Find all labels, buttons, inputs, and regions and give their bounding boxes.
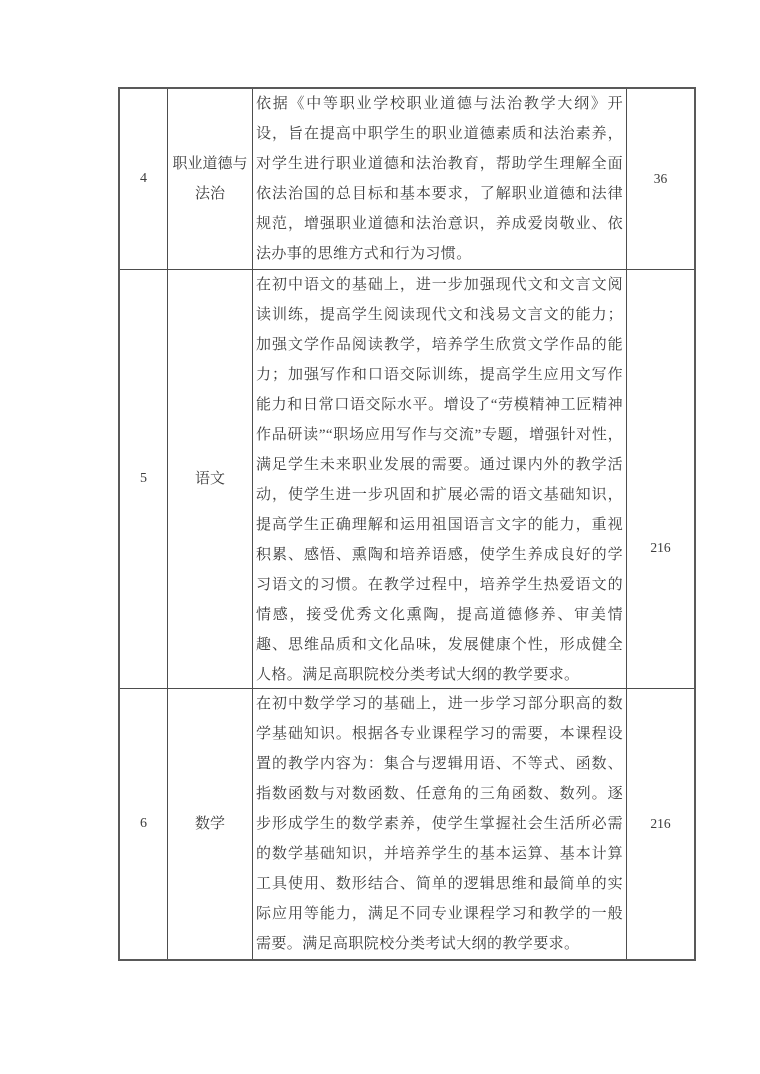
row-number: 4	[140, 171, 147, 186]
course-name: 数学	[195, 816, 225, 832]
row-number-cell: 4	[119, 88, 168, 270]
course-name-cell: 语文	[168, 270, 253, 689]
course-name-cell: 数学	[168, 689, 253, 961]
course-description: 依据《中等职业学校职业道德与法治教学大纲》开设，旨在提高中职学生的职业道德素质和…	[253, 89, 626, 269]
row-number: 6	[140, 816, 147, 831]
row-number-cell: 5	[119, 270, 168, 689]
table-row: 4 职业道德与法治 依据《中等职业学校职业道德与法治教学大纲》开设，旨在提高中职…	[119, 88, 695, 270]
row-number: 5	[140, 471, 147, 486]
hours-cell: 36	[627, 88, 696, 270]
course-description: 在初中数学学习的基础上，进一步学习部分职高的数学基础知识。根据各专业课程学习的需…	[253, 689, 626, 959]
course-name: 语文	[195, 471, 225, 487]
course-description-cell: 在初中语文的基础上，进一步加强现代文和文言文阅读训练，提高学生阅读现代文和浅易文…	[253, 270, 627, 689]
hours-cell: 216	[627, 689, 696, 961]
course-name-cell: 职业道德与法治	[168, 88, 253, 270]
hours-value: 216	[650, 816, 670, 831]
hours-value: 36	[654, 171, 668, 186]
course-description-cell: 依据《中等职业学校职业道德与法治教学大纲》开设，旨在提高中职学生的职业道德素质和…	[253, 88, 627, 270]
table-row: 6 数学 在初中数学学习的基础上，进一步学习部分职高的数学基础知识。根据各专业课…	[119, 689, 695, 961]
course-name: 职业道德与法治	[172, 156, 247, 202]
row-number-cell: 6	[119, 689, 168, 961]
curriculum-table: 4 职业道德与法治 依据《中等职业学校职业道德与法治教学大纲》开设，旨在提高中职…	[118, 87, 696, 961]
course-description: 在初中语文的基础上，进一步加强现代文和文言文阅读训练，提高学生阅读现代文和浅易文…	[253, 270, 626, 688]
table-row: 5 语文 在初中语文的基础上，进一步加强现代文和文言文阅读训练，提高学生阅读现代…	[119, 270, 695, 689]
course-description-cell: 在初中数学学习的基础上，进一步学习部分职高的数学基础知识。根据各专业课程学习的需…	[253, 689, 627, 961]
hours-value: 216	[650, 540, 670, 556]
hours-cell: 216	[627, 270, 696, 689]
